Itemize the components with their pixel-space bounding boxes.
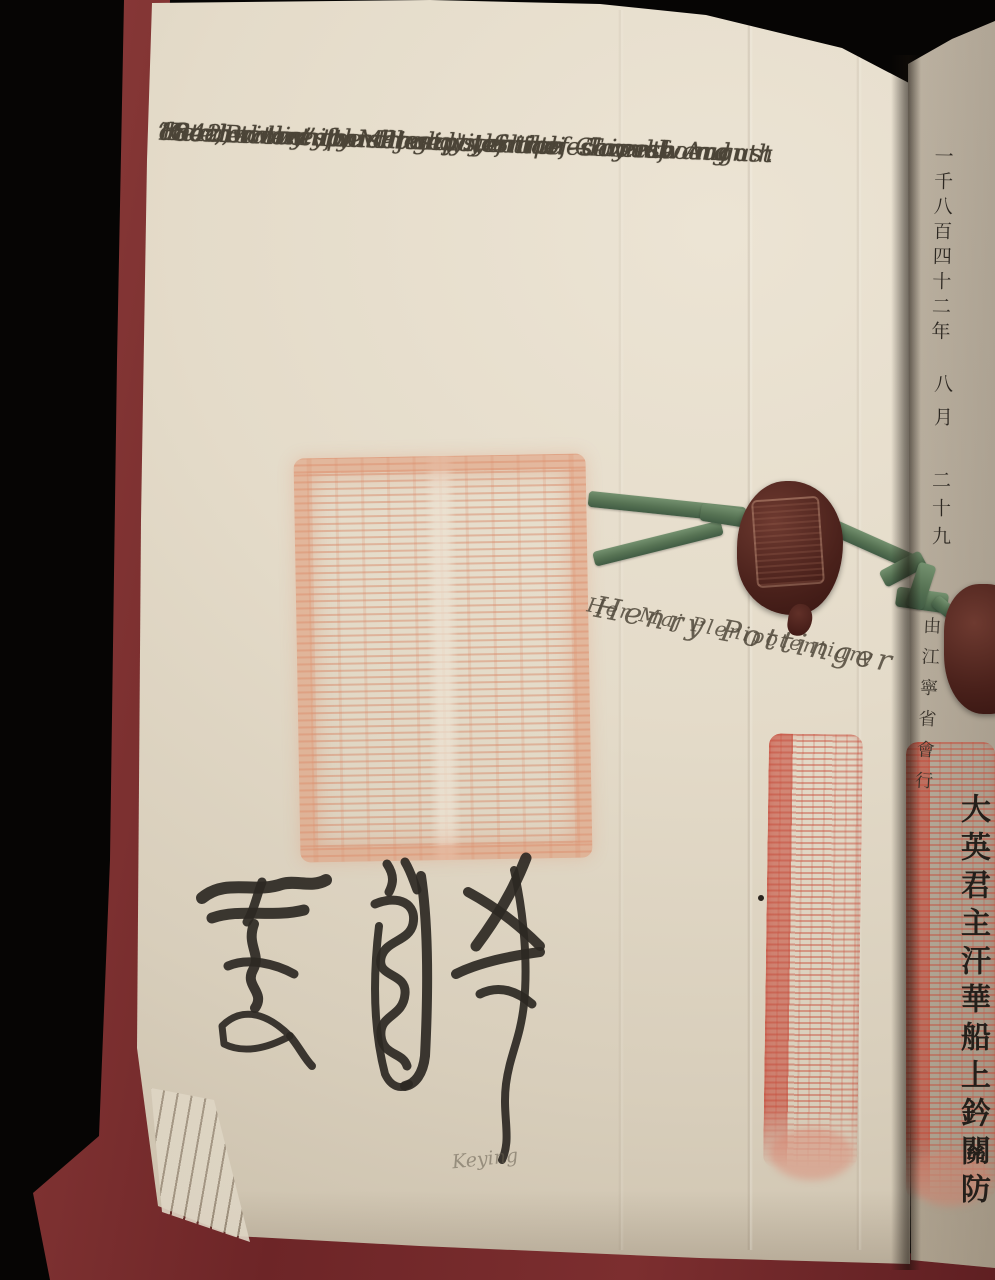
imperial-seal-impression <box>293 453 592 862</box>
chinese-date-month-column: 八月 <box>929 374 956 440</box>
brush-signature-3 <box>448 852 568 1172</box>
photo-treaty-page: Sealed by the Plenipotentiaries on board… <box>0 0 995 1280</box>
wax-crest <box>751 496 825 589</box>
chinese-date-day-column: 二十九 <box>927 470 954 554</box>
brush-signature-2 <box>345 856 450 1101</box>
ink-speck <box>758 895 764 901</box>
chinese-date-year-column: 一千八百四十二年 <box>926 146 956 346</box>
red-riding-seal-left <box>763 733 863 1168</box>
stamp-fade-mark <box>770 1128 854 1180</box>
brush-signature-1 <box>192 860 347 1080</box>
chinese-seal-title-column: 大英君主汗華船上鈐關防 <box>950 793 994 1211</box>
wax-seal-left <box>737 481 843 615</box>
